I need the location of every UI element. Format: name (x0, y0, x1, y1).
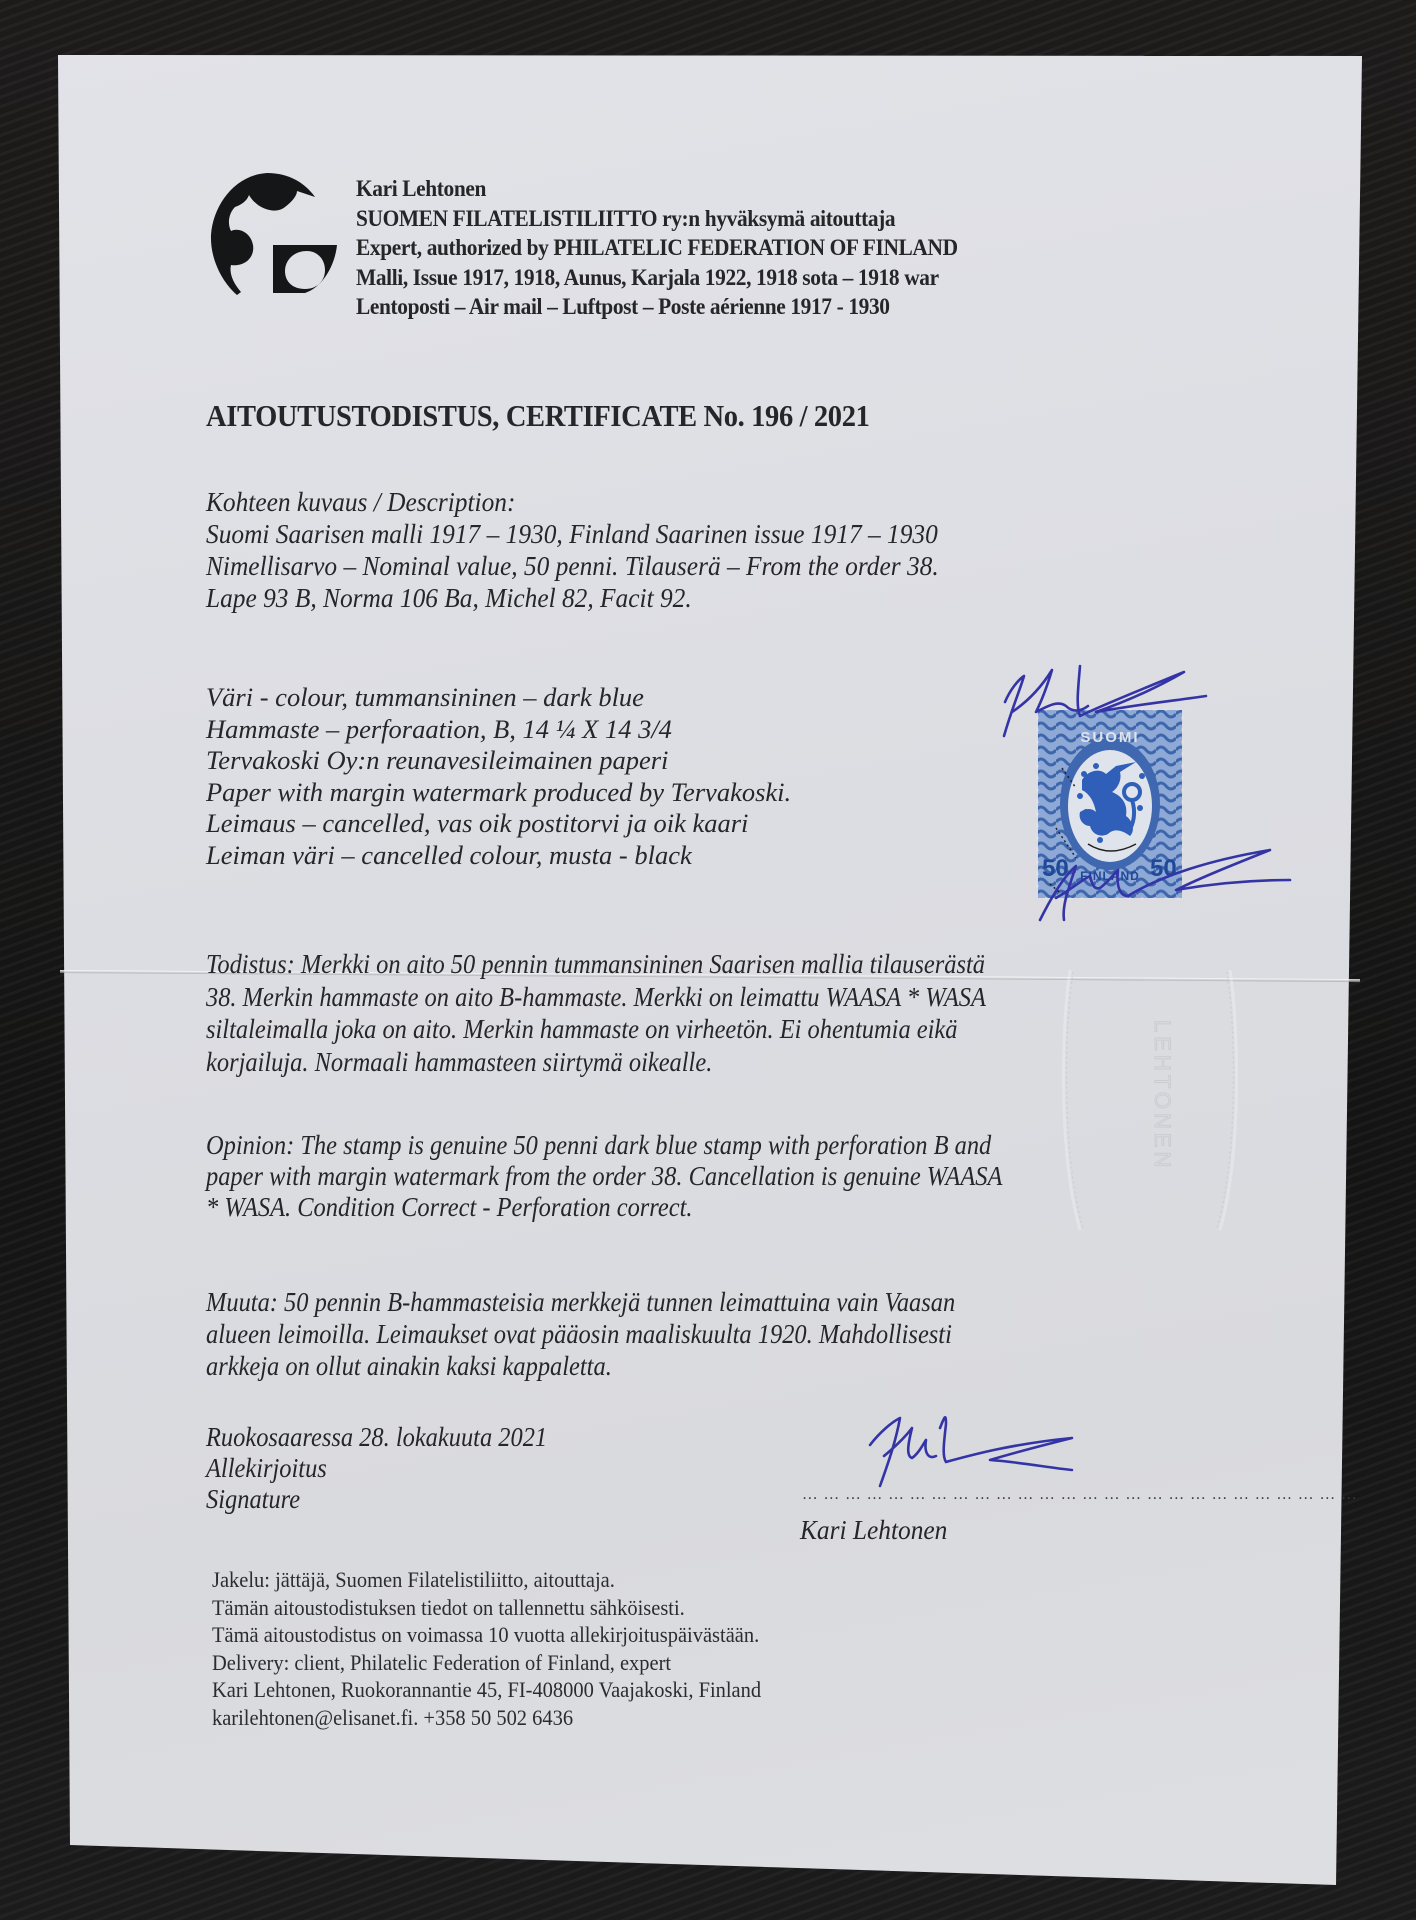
footer-contact: karilehtonen@elisanet.fi. +358 50 502 64… (212, 1704, 761, 1732)
footer-distribution: Jakelu: jättäjä, Suomen Filatelistiliitt… (212, 1566, 761, 1732)
property-line: Tervakoski Oy:n reunavesileimainen paper… (206, 745, 791, 777)
signature-labels: Ruokosaaressa 28. lokakuuta 2021 Allekir… (206, 1422, 547, 1515)
emboss-text: LEHTONEN (1150, 1020, 1175, 1171)
description-line: Nimellisarvo – Nominal value, 50 penni. … (206, 550, 939, 582)
muuta-line: Muuta: 50 pennin B-hammasteisia merkkejä… (206, 1286, 955, 1318)
philatelic-federation-logo-icon (205, 165, 345, 300)
property-line: Paper with margin watermark produced by … (206, 777, 791, 809)
stamp-image: SUOMI 50 50 FINLAND (1036, 708, 1184, 900)
property-line: Väri - colour, tummansininen – dark blue (206, 682, 791, 714)
todistus-line: Todistus: Merkki on aito 50 pennin tumma… (206, 948, 986, 981)
main-signature (870, 1417, 1072, 1486)
todistus-line: korjailuja. Normaali hammasteen siirtymä… (206, 1046, 986, 1079)
todistus-section: Todistus: Merkki on aito 50 pennin tumma… (206, 948, 986, 1078)
muuta-section: Muuta: 50 pennin B-hammasteisia merkkejä… (206, 1286, 955, 1382)
properties-section: Väri - colour, tummansininen – dark blue… (206, 682, 791, 872)
description-line: Lape 93 B, Norma 106 Ba, Michel 82, Faci… (206, 582, 939, 614)
signature-label-fi: Allekirjoitus (206, 1453, 547, 1484)
signer-name: Kari Lehtonen (800, 1515, 947, 1546)
embossed-seal: LEHTONEN (1040, 960, 1260, 1240)
certificate-title: AITOUTUSTODISTUS, CERTIFICATE No. 196 / … (206, 398, 869, 434)
expert-header: Kari Lehtonen SUOMEN FILATELISTILIITTO r… (356, 174, 958, 322)
todistus-line: siltaleimalla joka on aito. Merkin hamma… (206, 1013, 986, 1046)
todistus-line: 38. Merkin hammaste on aito B-hammaste. … (206, 981, 986, 1014)
opinion-line: Opinion: The stamp is genuine 50 penni d… (206, 1130, 1002, 1161)
description-line: Suomi Saarisen malli 1917 – 1930, Finlan… (206, 518, 939, 550)
footer-line: Tämä aitoustodistus on voimassa 10 vuott… (212, 1621, 761, 1649)
stamp-top-text: SUOMI (1080, 729, 1139, 746)
footer-line: Kari Lehtonen, Ruokorannantie 45, FI-408… (212, 1676, 761, 1704)
expert-name: Kari Lehtonen (356, 174, 958, 204)
place-date: Ruokosaaressa 28. lokakuuta 2021 (206, 1422, 547, 1453)
footer-line: Delivery: client, Philatelic Federation … (212, 1649, 761, 1677)
footer-line: Jakelu: jättäjä, Suomen Filatelistiliitt… (212, 1566, 761, 1594)
footer-line: Tämän aitoustodistuksen tiedot on tallen… (212, 1594, 761, 1622)
description-heading: Kohteen kuvaus / Description: (206, 486, 939, 518)
muuta-line: arkkeja on ollut ainakin kaksi kappalett… (206, 1350, 955, 1382)
muuta-line: alueen leimoilla. Leimaukset ovat pääosi… (206, 1318, 955, 1350)
signature-label-en: Signature (206, 1484, 547, 1515)
header-line: Expert, authorized by PHILATELIC FEDERAT… (356, 233, 958, 263)
opinion-line: paper with margin watermark from the ord… (206, 1161, 1002, 1192)
property-line: Hammaste – perforaation, B, 14 ¼ X 14 3/… (206, 714, 791, 746)
signature-dotted-line: … … … … … … … … … … … … … … … … … … … … … (802, 1486, 1358, 1504)
header-line: Lentoposti – Air mail – Luftpost – Poste… (356, 292, 958, 322)
stamp-value-right: 50 (1150, 855, 1177, 882)
property-line: Leiman väri – cancelled colour, musta - … (206, 840, 791, 872)
opinion-line: * WASA. Condition Correct - Perforation … (206, 1192, 1002, 1223)
stamp-bottom-text: FINLAND (1080, 869, 1140, 883)
opinion-section: Opinion: The stamp is genuine 50 penni d… (206, 1130, 1002, 1223)
description-section: Kohteen kuvaus / Description: Suomi Saar… (206, 486, 939, 614)
header-line: Malli, Issue 1917, 1918, Aunus, Karjala … (356, 263, 958, 293)
header-line: SUOMEN FILATELISTILIITTO ry:n hyväksymä … (356, 204, 958, 234)
stamp-value-left: 50 (1042, 855, 1069, 882)
certificate-document: Kari Lehtonen SUOMEN FILATELISTILIITTO r… (0, 0, 1416, 1920)
property-line: Leimaus – cancelled, vas oik postitorvi … (206, 808, 791, 840)
